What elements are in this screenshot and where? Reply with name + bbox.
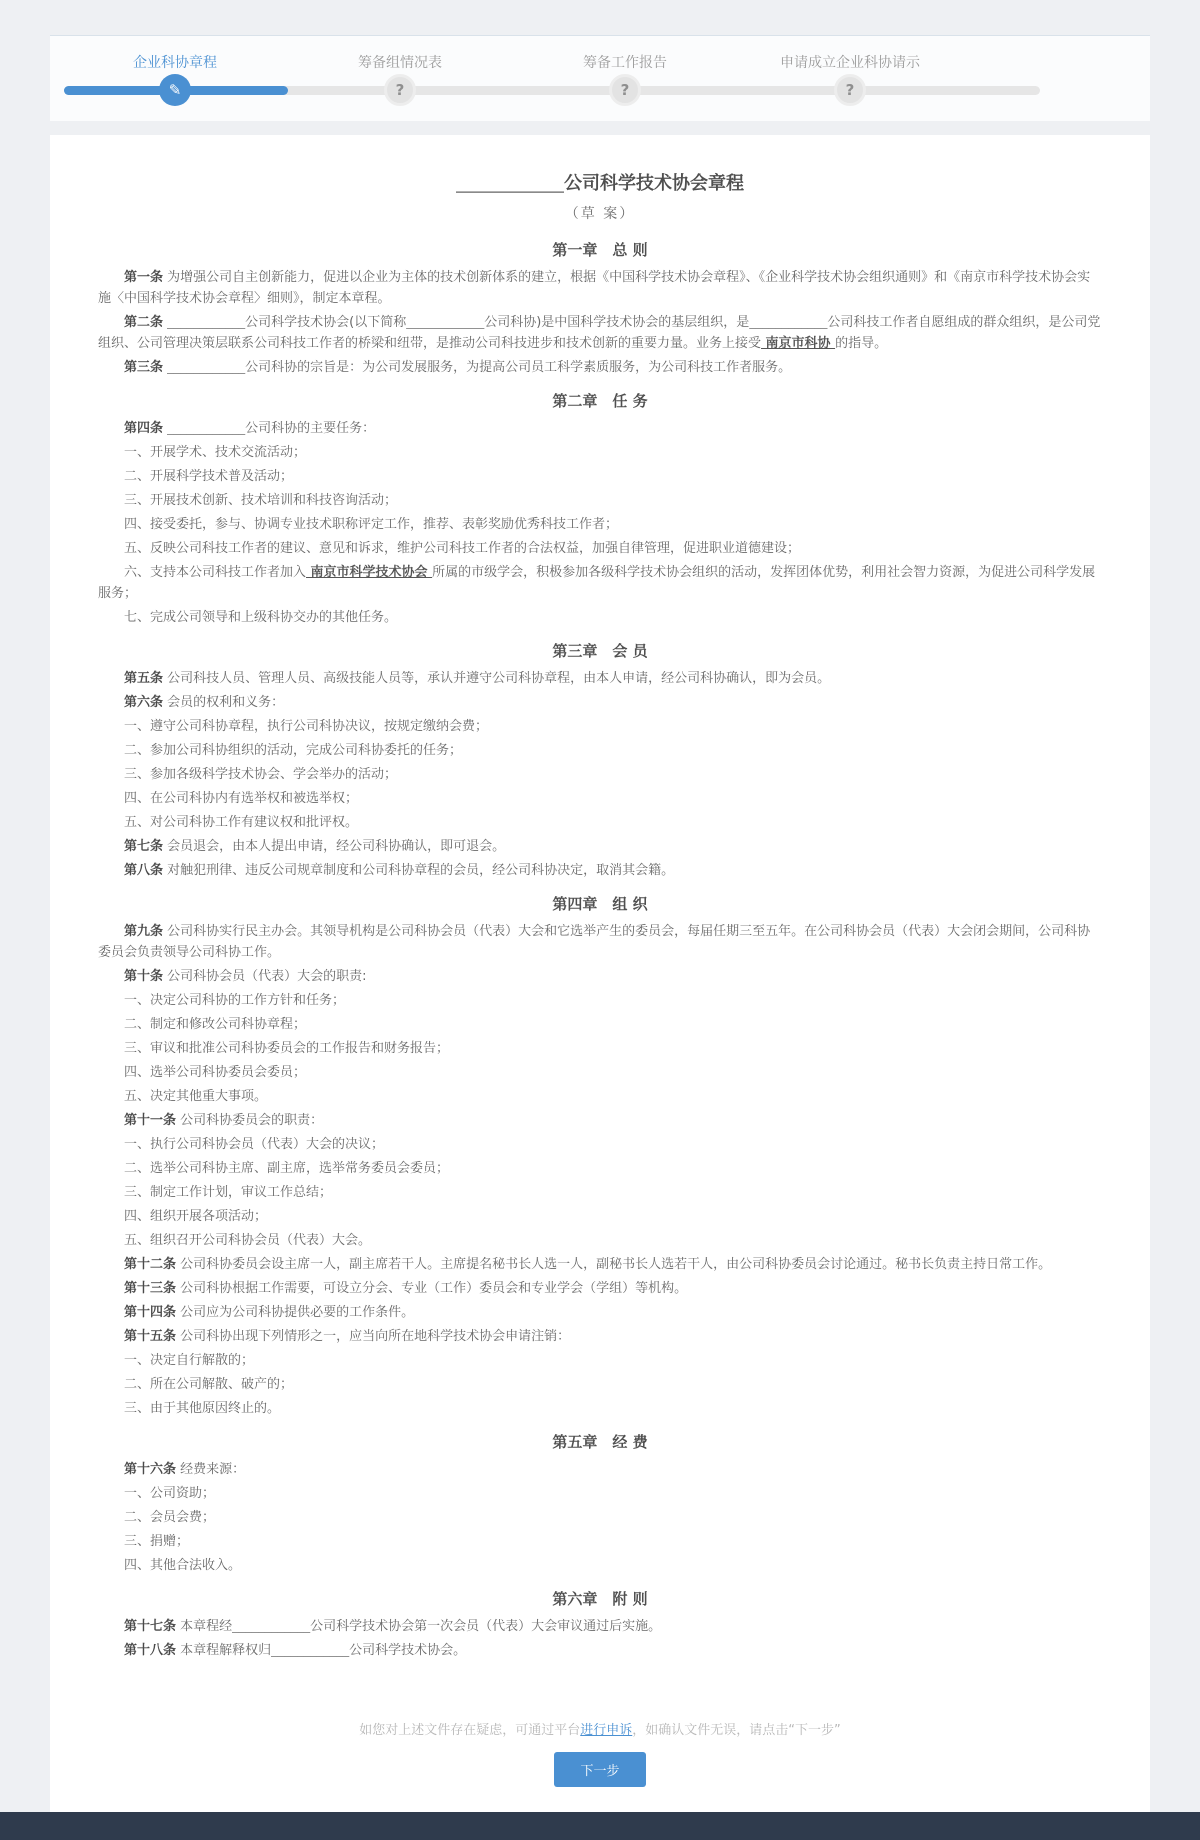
doc-paragraph: 第十六条 经费来源： [98,1459,1102,1480]
doc-paragraph: 第一条 为增强公司自主创新能力，促进以企业为主体的技术创新体系的建立，根据《中国… [98,267,1102,309]
doc-paragraph: 二、所在公司解散、破产的； [98,1374,1102,1395]
doc-text: 经费来源： [176,1462,245,1477]
next-step-button[interactable]: 下一步 [554,1752,645,1787]
doc-text: 对触犯刑律、违反公司规章制度和公司科协章程的会员，经公司科协决定，取消其会籍。 [163,863,674,878]
doc-text: 二、选举公司科协主席、副主席，选举常务委员会委员； [124,1161,449,1176]
doc-paragraph: 一、决定公司科协的工作方针和任务； [98,990,1102,1011]
doc-text: 公司应为公司科协提供必要的工作条件。 [176,1305,414,1320]
doc-paragraph: 第十七条 本章程经____________公司科学技术协会第一次会员（代表）大会… [98,1616,1102,1637]
article-number: 第十一条 [124,1113,176,1128]
doc-paragraph: 第五条 公司科技人员、管理人员、高级技能人员等，承认并遵守公司科协章程，由本人申… [98,668,1102,689]
doc-text: 四、选举公司科协委员会委员； [124,1065,306,1080]
doc-text: 五、对公司科协工作有建议权和批评权。 [124,815,358,830]
doc-text: 公司科技人员、管理人员、高级技能人员等，承认并遵守公司科协章程，由本人申请，经公… [163,671,830,686]
doc-paragraph: 四、组织开展各项活动； [98,1206,1102,1227]
doc-text: 二、参加公司科协组织的活动，完成公司科协委托的任务； [124,743,462,758]
question-icon[interactable]: ? [384,74,416,106]
article-number: 第九条 [124,924,163,939]
doc-paragraph: 第七条 会员退会，由本人提出申请，经公司科协确认，即可退会。 [98,836,1102,857]
doc-text: 四、接受委托，参与、协调专业技术职称评定工作，推荐、表彰奖励优秀科技工作者； [124,517,618,532]
doc-paragraph: 第六条 会员的权利和义务： [98,692,1102,713]
doc-text: 的指导。 [835,336,887,351]
article-number: 第六条 [124,695,163,710]
chapter-heading: 第五章 经 费 [98,1431,1102,1452]
note-suffix: ，如确认文件无误，请点击“下一步” [632,1723,840,1738]
doc-paragraph: 七、完成公司领导和上级科协交办的其他任务。 [98,607,1102,628]
doc-paragraph: 第十四条 公司应为公司科协提供必要的工作条件。 [98,1302,1102,1323]
step-label-prep-group[interactable]: 筹备组情况表 [288,52,512,72]
highlighted-org-name: 南京市科协 [761,336,835,351]
step-label-request[interactable]: 申请成立企业科协请示 [738,52,962,72]
doc-text: 公司科协会员（代表）大会的职责: [163,969,367,984]
doc-paragraph: 五、决定其他重大事项。 [98,1086,1102,1107]
doc-paragraph: 第十条 公司科协会员（代表）大会的职责: [98,966,1102,987]
blank-underline: ____________ [167,360,245,375]
page-footer-bar [0,1812,1200,1840]
doc-text: 一、执行公司科协会员（代表）大会的决议； [124,1137,384,1152]
doc-text: 七、完成公司领导和上级科协交办的其他任务。 [124,610,397,625]
document-subtitle: （草 案） [98,203,1102,223]
doc-paragraph: 四、选举公司科协委员会委员； [98,1062,1102,1083]
article-number: 第七条 [124,839,163,854]
article-number: 第五条 [124,671,163,686]
doc-paragraph: 一、执行公司科协会员（代表）大会的决议； [98,1134,1102,1155]
question-icon[interactable]: ? [834,74,866,106]
doc-text: 本章程解释权归 [176,1643,271,1658]
article-number: 第一条 [124,270,163,285]
pencil-icon[interactable]: ✎ [159,74,191,106]
doc-text: 公司科学技术协会第一次会员（代表）大会审议通过后实施。 [310,1619,661,1634]
doc-text: 公司科协的主要任务： [245,421,375,436]
doc-text: 三、审议和批准公司科协委员会的工作报告和财务报告； [124,1041,449,1056]
doc-text: 公司科协根据工作需要，可设立分会、专业（工作）委员会和专业学会（学组）等机构。 [176,1281,687,1296]
doc-text: 公司科学技术协会(以下简称 [245,315,406,330]
doc-paragraph: 三、由于其他原因终止的。 [98,1398,1102,1419]
doc-text: 为增强公司自主创新能力，促进以企业为主体的技术创新体系的建立，根据《中国科学技术… [98,270,1090,306]
chapter-heading: 第四章 组 织 [98,893,1102,914]
doc-text: 六、支持本公司科技工作者加入 [124,565,306,580]
article-number: 第四条 [124,421,163,436]
doc-text: 三、捐赠； [124,1534,189,1549]
doc-paragraph: 二、会员会费； [98,1507,1102,1528]
doc-paragraph: 第九条 公司科协实行民主办会。其领导机构是公司科协会员（代表）大会和它选举产生的… [98,921,1102,963]
doc-text: 三、开展技术创新、技术培训和科技咨询活动； [124,493,397,508]
blank-underline: ____________ [749,315,827,330]
doc-text: 一、决定公司科协的工作方针和任务； [124,993,345,1008]
doc-paragraph: 三、捐赠； [98,1531,1102,1552]
article-number: 第十七条 [124,1619,176,1634]
doc-text: 公司科协出现下列情形之一，应当向所在地科学技术协会申请注销： [176,1329,570,1344]
doc-paragraph: 第三条 ____________公司科协的宗旨是：为公司发展服务，为提高公司员工… [98,357,1102,378]
doc-paragraph: 三、开展技术创新、技术培训和科技咨询活动； [98,490,1102,511]
doc-text: 公司科协实行民主办会。其领导机构是公司科协会员（代表）大会和它选举产生的委员会，… [98,924,1090,960]
doc-paragraph: 第十八条 本章程解释权归____________公司科学技术协会。 [98,1640,1102,1661]
doc-text: 二、开展科学技术普及活动； [124,469,293,484]
doc-text: 四、其他合法收入。 [124,1558,241,1573]
chapter-heading: 第三章 会 员 [98,640,1102,661]
doc-text: 二、会员会费； [124,1510,215,1525]
doc-paragraph: 第十五条 公司科协出现下列情形之一，应当向所在地科学技术协会申请注销： [98,1326,1102,1347]
doc-paragraph: 二、选举公司科协主席、副主席，选举常务委员会委员； [98,1158,1102,1179]
doc-paragraph: 第二条 ____________公司科学技术协会(以下简称___________… [98,312,1102,354]
title-text: 公司科学技术协会章程 [564,173,744,194]
article-number: 第十三条 [124,1281,176,1296]
doc-paragraph: 二、参加公司科协组织的活动，完成公司科协委托的任务； [98,740,1102,761]
chapter-heading: 第一章 总 则 [98,239,1102,260]
article-number: 第三条 [124,360,163,375]
article-number: 第八条 [124,863,163,878]
doc-paragraph: 第十三条 公司科协根据工作需要，可设立分会、专业（工作）委员会和专业学会（学组）… [98,1278,1102,1299]
blank-underline: ____________ [271,1643,349,1658]
doc-text: 二、制定和修改公司科协章程； [124,1017,306,1032]
doc-paragraph: 二、制定和修改公司科协章程； [98,1014,1102,1035]
doc-paragraph: 五、对公司科协工作有建议权和批评权。 [98,812,1102,833]
doc-text: 二、所在公司解散、破产的； [124,1377,293,1392]
doc-text: 五、决定其他重大事项。 [124,1089,267,1104]
document-blocks: 第一章 总 则第一条 为增强公司自主创新能力，促进以企业为主体的技术创新体系的建… [98,239,1102,1661]
doc-paragraph: 一、开展学术、技术交流活动； [98,442,1102,463]
doc-text: 一、决定自行解散的； [124,1353,254,1368]
doc-text: 四、在公司科协内有选举权和被选举权； [124,791,358,806]
doc-paragraph: 第十二条 公司科协委员会设主席一人，副主席若干人。主席提名秘书长人选一人，副秘书… [98,1254,1102,1275]
doc-paragraph: 三、审议和批准公司科协委员会的工作报告和财务报告； [98,1038,1102,1059]
doc-paragraph: 六、支持本公司科技工作者加入 南京市科学技术协会 所属的市级学会，积极参加各级科… [98,562,1102,604]
doc-text: 公司科学技术协会。 [349,1643,466,1658]
doc-text: 五、反映公司科技工作者的建议、意见和诉求，维护公司科技工作者的合法权益，加强自律… [124,541,800,556]
doc-paragraph: 五、组织召开公司科协会员（代表）大会。 [98,1230,1102,1251]
article-number: 第十五条 [124,1329,176,1344]
chapter-heading: 第六章 附 则 [98,1588,1102,1609]
doc-text: 本章程经 [176,1619,232,1634]
doc-text: 三、参加各级科学技术协会、学会举办的活动； [124,767,397,782]
doc-paragraph: 四、在公司科协内有选举权和被选举权； [98,788,1102,809]
doc-text: 三、制定工作计划，审议工作总结； [124,1185,332,1200]
doc-text: 会员退会，由本人提出申请，经公司科协确认，即可退会。 [163,839,505,854]
chapter-heading: 第二章 任 务 [98,390,1102,411]
doc-paragraph: 一、遵守公司科协章程，执行公司科协决议，按规定缴纳会费； [98,716,1102,737]
footer-note: 如您对上述文件存在疑虑，可通过平台进行申诉，如确认文件无误，请点击“下一步” [98,1719,1102,1738]
article-number: 第十二条 [124,1257,176,1272]
doc-text: 四、组织开展各项活动； [124,1209,267,1224]
article-number: 第十八条 [124,1643,176,1658]
document-title: ____________公司科学技术协会章程 [98,169,1102,195]
doc-text: 一、公司资助； [124,1486,215,1501]
doc-text: 公司科协委员会的职责： [176,1113,323,1128]
doc-text: 一、开展学术、技术交流活动； [124,445,306,460]
article-number: 第十条 [124,969,163,984]
article-number: 第十四条 [124,1305,176,1320]
doc-paragraph: 第十一条 公司科协委员会的职责： [98,1110,1102,1131]
highlighted-org-name: 南京市科学技术协会 [306,565,432,580]
blank-underline: ____________ [232,1619,310,1634]
title-blank-underline: ____________ [456,173,564,194]
doc-paragraph: 三、参加各级科学技术协会、学会举办的活动； [98,764,1102,785]
step-label-prep-report[interactable]: 筹备工作报告 [513,52,737,72]
article-number: 第二条 [124,315,163,330]
blank-underline: ____________ [406,315,484,330]
doc-text: 三、由于其他原因终止的。 [124,1401,280,1416]
doc-text: 五、组织召开公司科协会员（代表）大会。 [124,1233,371,1248]
appeal-link[interactable]: 进行申诉 [580,1723,632,1738]
doc-paragraph: 三、制定工作计划，审议工作总结； [98,1182,1102,1203]
step-label-charter[interactable]: 企业科协章程 [63,52,287,72]
blank-underline: ____________ [167,421,245,436]
doc-paragraph: 第四条 ____________公司科协的主要任务： [98,418,1102,439]
doc-paragraph: 一、决定自行解散的； [98,1350,1102,1371]
doc-text: 公司科协)是中国科学技术协会的基层组织，是 [484,315,749,330]
doc-paragraph: 四、接受委托，参与、协调专业技术职称评定工作，推荐、表彰奖励优秀科技工作者； [98,514,1102,535]
article-number: 第十六条 [124,1462,176,1477]
doc-text: 会员的权利和义务： [163,695,284,710]
wizard-stepper: 企业科协章程 筹备组情况表 筹备工作报告 申请成立企业科协请示 ✎ ? ? ? [50,35,1150,121]
note-prefix: 如您对上述文件存在疑虑，可通过平台 [359,1723,580,1738]
doc-text: 公司科协的宗旨是：为公司发展服务，为提高公司员工科学素质服务，为公司科技工作者服… [245,360,791,375]
question-icon[interactable]: ? [609,74,641,106]
doc-paragraph: 四、其他合法收入。 [98,1555,1102,1576]
blank-underline: ____________ [167,315,245,330]
doc-paragraph: 五、反映公司科技工作者的建议、意见和诉求，维护公司科技工作者的合法权益，加强自律… [98,538,1102,559]
doc-paragraph: 第八条 对触犯刑律、违反公司规章制度和公司科协章程的会员，经公司科协决定，取消其… [98,860,1102,881]
doc-paragraph: 二、开展科学技术普及活动； [98,466,1102,487]
charter-document-card: ____________公司科学技术协会章程 （草 案） 第一章 总 则第一条 … [50,135,1150,1813]
doc-text: 一、遵守公司科协章程，执行公司科协决议，按规定缴纳会费； [124,719,488,734]
doc-paragraph: 一、公司资助； [98,1483,1102,1504]
doc-text: 公司科协委员会设主席一人，副主席若干人。主席提名秘书长人选一人，副秘书长人选若干… [176,1257,1051,1272]
